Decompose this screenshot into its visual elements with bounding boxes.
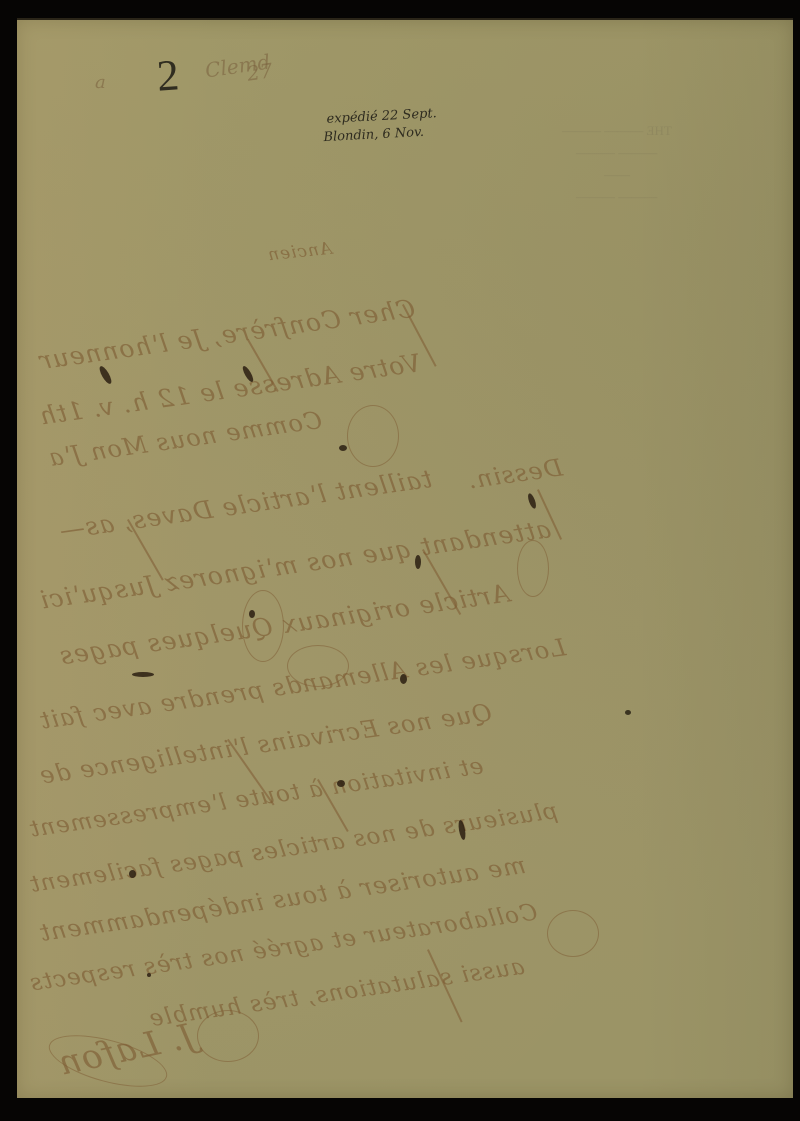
ink-blot [337, 780, 345, 787]
bleed-line: aussi salutations, très humble [147, 954, 526, 1033]
ink-blot [457, 820, 466, 841]
bleed-line: taillent l'article Daves, as— [57, 464, 434, 545]
ink-stroke [427, 949, 463, 1022]
ink-stroke [247, 339, 279, 392]
ink-blot [241, 365, 255, 384]
ink-stroke [127, 519, 164, 581]
ink-blot [129, 870, 136, 878]
bleed-line: Article originaux Quelques pages [57, 579, 511, 671]
bleed-line: Votre Adresse le 12 h. v. 1th [37, 348, 423, 430]
page-number: 2 [155, 49, 181, 101]
ink-stroke [537, 489, 562, 540]
ink-loop [242, 590, 284, 662]
letterhead-line: THE ——— ——— [562, 120, 672, 142]
ink-loop [547, 910, 599, 957]
ink-blot [147, 973, 151, 977]
bleed-line: Dessin. [466, 453, 565, 494]
ink-blot [526, 492, 537, 509]
ink-blot [132, 672, 154, 677]
bleed-line: Comme nous Mon J'a [46, 406, 323, 472]
ink-blot [415, 555, 421, 569]
bleed-line: et invitation à toute l'empressement [27, 753, 485, 843]
letterhead-line: ——— ——— [576, 142, 657, 164]
bleed-line: plusieurs de nos articles pages facileme… [28, 798, 560, 898]
ink-loop [287, 645, 349, 687]
ink-loop [517, 540, 549, 597]
bleed-line: Lorsque les Allemands prendre avec fait [38, 633, 568, 735]
ink-loop [347, 405, 399, 467]
ink-stroke [402, 304, 437, 367]
ink-loop [44, 1025, 173, 1097]
bleed-line: Que nos Ecrivains l'intelligence de [37, 698, 493, 789]
bleed-line: attendant que nos m'ignorez Jusqu'ici [37, 514, 552, 615]
ink-blot [339, 445, 347, 451]
pencil-number-27: 27 [245, 58, 274, 85]
ink-loop [197, 1010, 259, 1062]
letterhead-ghost: THE ——— ——— ——— ——— —— ——— ——— [507, 120, 727, 208]
letterhead-line: ——— ——— [576, 186, 657, 208]
letter-page: THE ——— ——— ——— ——— —— ——— ——— a 2 Clemd… [17, 20, 793, 1098]
pencil-mark-a: a [95, 72, 106, 93]
ink-blot [400, 674, 407, 684]
letterhead-line: —— [604, 164, 630, 186]
paper-speck [625, 710, 631, 715]
bleed-line: Collaborateur et agréé nos très respects [28, 899, 539, 996]
document-photo: THE ——— ——— ——— ——— —— ——— ——— a 2 Clemd… [0, 0, 800, 1121]
ink-blot [97, 365, 113, 386]
ink-blot [249, 610, 255, 618]
ink-stroke [317, 779, 349, 832]
ink-stroke [422, 549, 461, 615]
ink-stroke [227, 739, 275, 806]
pencil-notes: expédié 22 Sept. Blondin, 6 Nov. [326, 105, 438, 147]
bleed-line: me autoriser à tous indépendamment [37, 851, 527, 947]
bleed-signature: J. Lafon [54, 1016, 198, 1084]
bleed-line: Cher Confrère, Je l'honneur [37, 294, 417, 376]
bleed-heading: Ancien [266, 239, 333, 266]
